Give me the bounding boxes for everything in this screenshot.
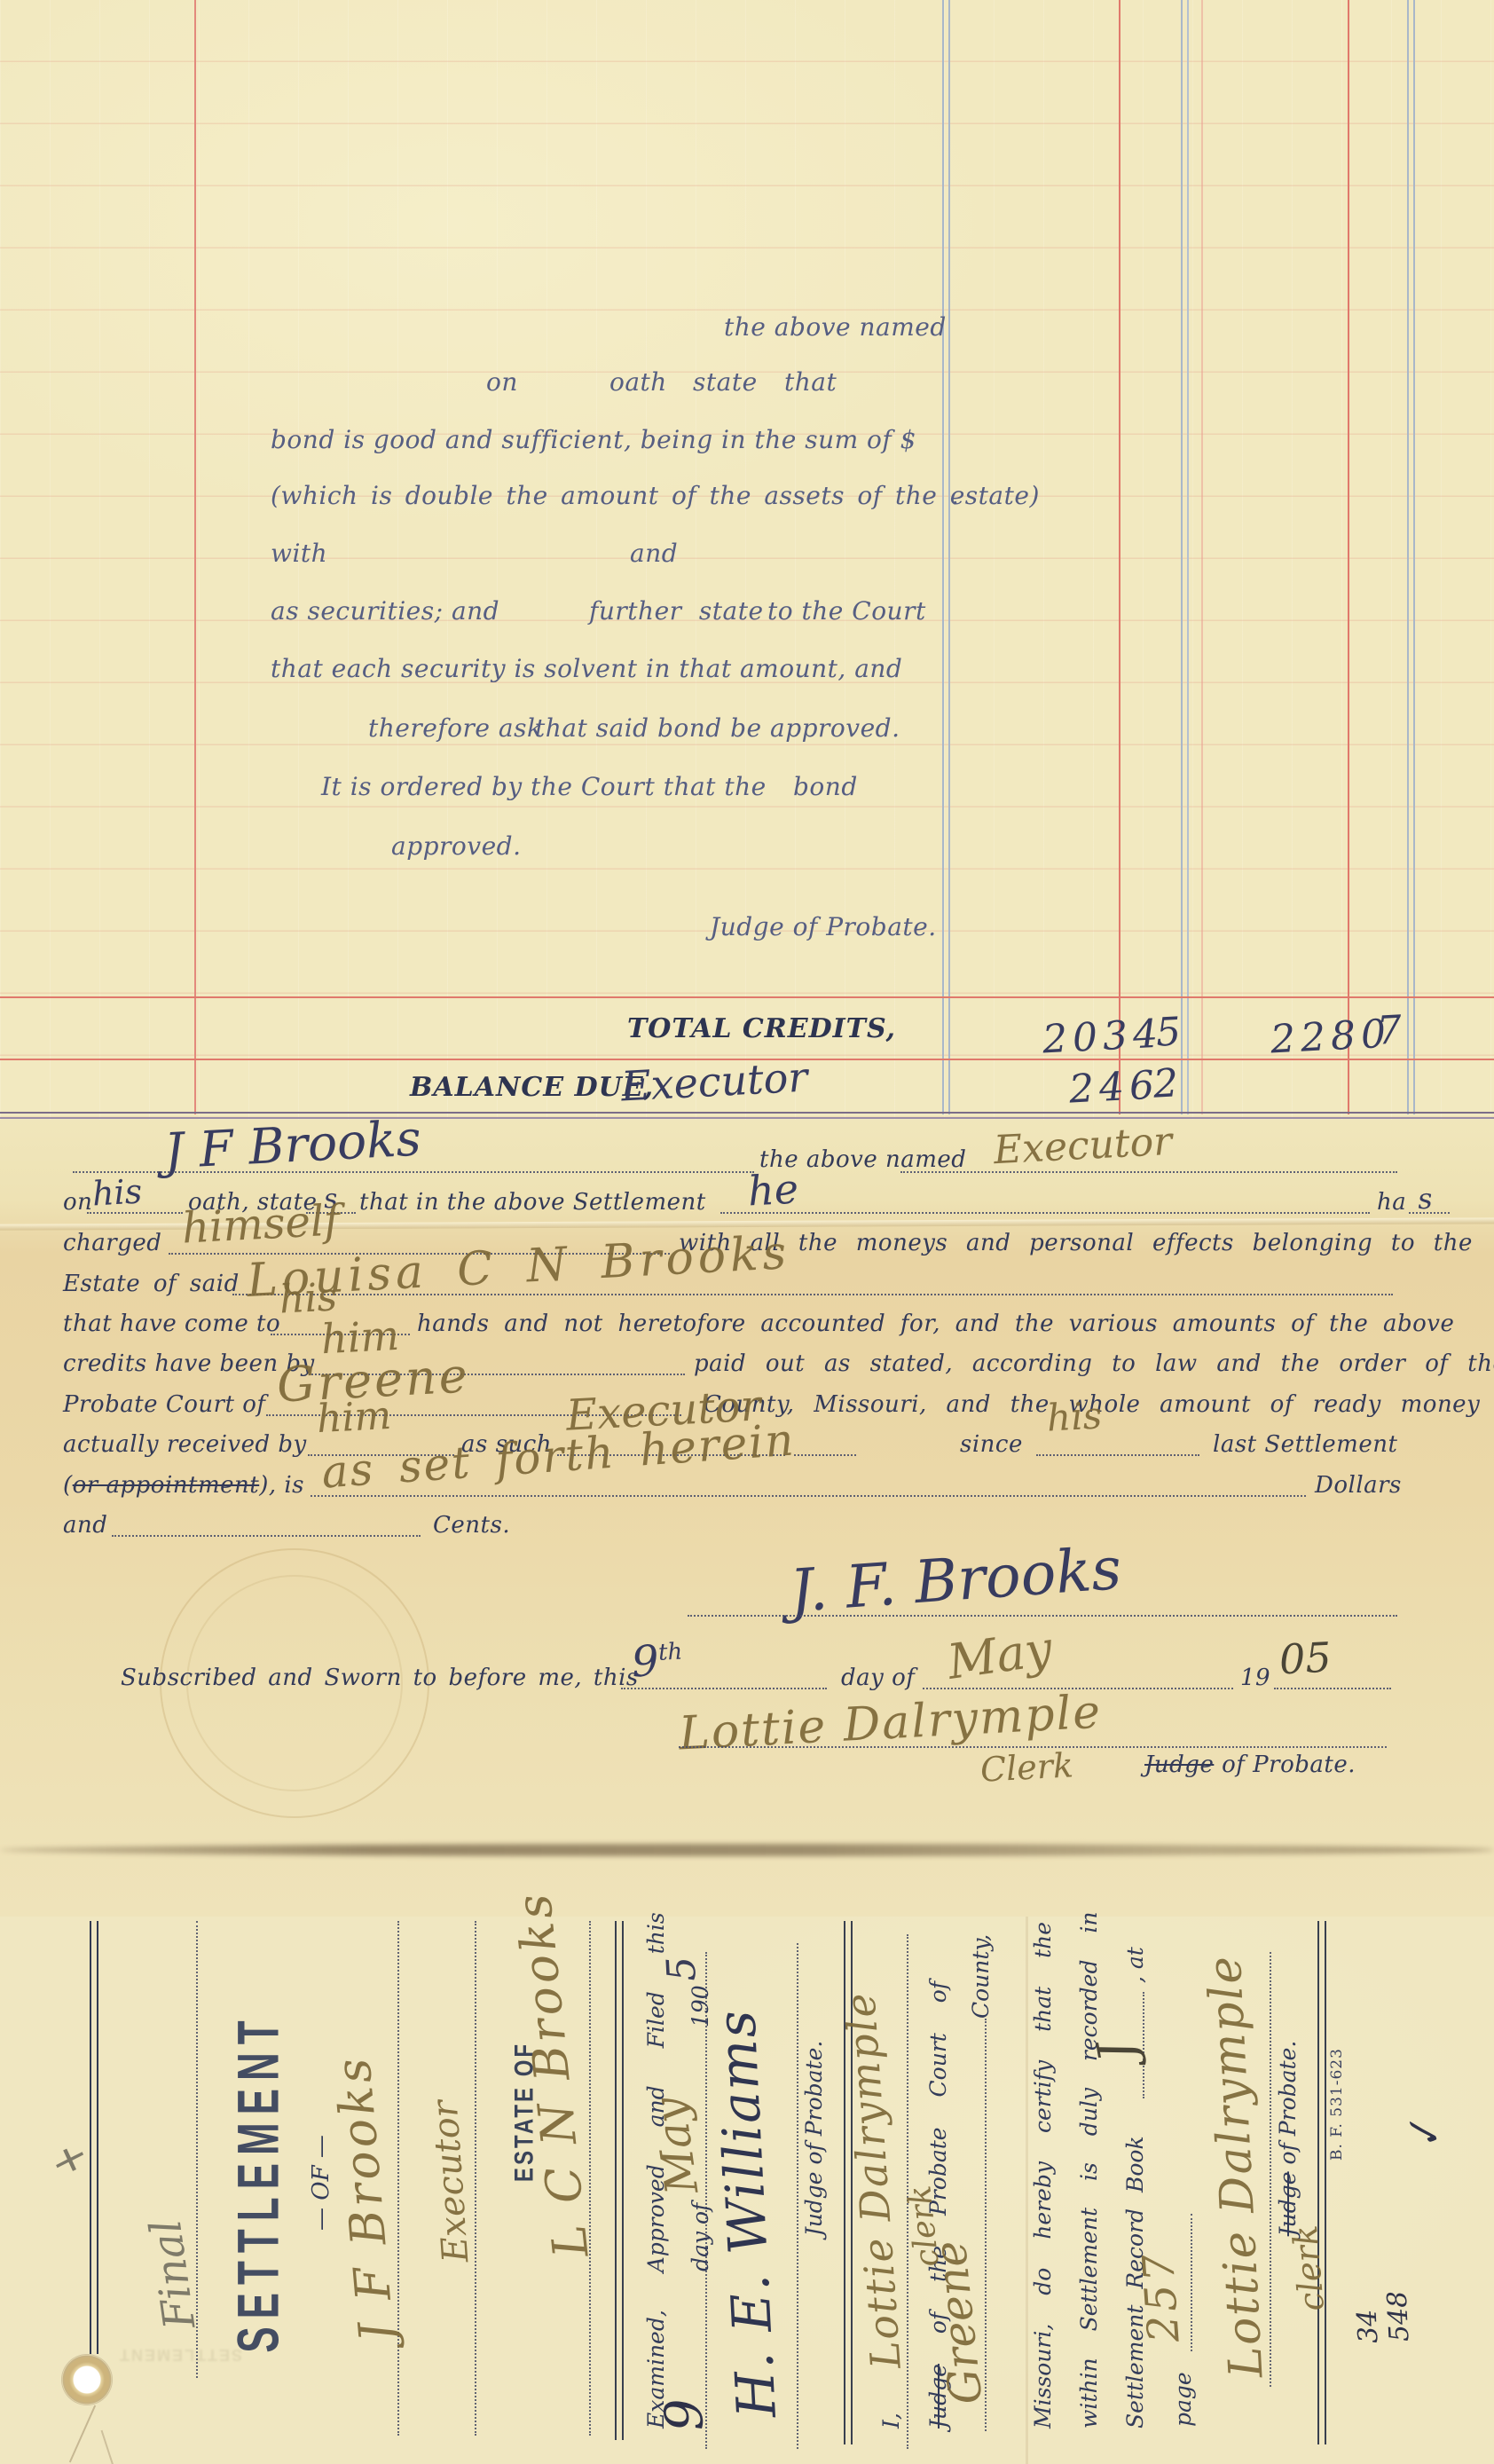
blank-line	[900, 1171, 1397, 1173]
red-row-rule	[0, 996, 1494, 998]
total-credits-amount-dollars-1: 2034	[1042, 1011, 1164, 1062]
cover-cert-line3: Missouri, do hereby certify that the	[1030, 1922, 1056, 2429]
blue-column-rule	[1187, 0, 1189, 1114]
blue-column-rule	[1407, 0, 1409, 1114]
bond-text-on: on	[486, 367, 518, 397]
bond-text-securities: as securities; and	[271, 596, 499, 626]
aff-charged: charged	[63, 1230, 161, 1256]
aff-year-prefix: 19	[1240, 1665, 1270, 1691]
struck-judge: Judge	[1144, 1752, 1214, 1778]
bond-text-ordered: It is ordered by the Court that the	[321, 772, 767, 801]
cover-title: SETTLEMENT	[226, 1921, 293, 2444]
hw-judge-signature: H. E. Williams	[705, 2007, 789, 2419]
hw-role: Executor	[993, 1119, 1174, 1173]
blue-column-rule	[1413, 0, 1415, 1114]
hw-clerk-note: clerk	[1286, 2224, 1332, 2313]
cover-at: , at	[1122, 1947, 1148, 1983]
bond-judge-of-probate: Judge of Probate.	[710, 912, 937, 941]
is-rest: ), is	[259, 1472, 304, 1499]
blank-line	[311, 1495, 1306, 1497]
bond-text-state: state	[693, 367, 758, 397]
purple-bottom-rule	[0, 1117, 1494, 1119]
cover-cert-line4: within Settlement is duly recorded in	[1076, 1911, 1102, 2429]
aff-sworn: Subscribed and Sworn to before me, this	[121, 1665, 639, 1691]
file-number-2: 548	[1382, 2290, 1415, 2342]
bond-text-solvent: that each security is solvent in that am…	[271, 654, 902, 683]
aff-that-settlement: that in the above Settlement	[359, 1189, 706, 1216]
aff-last-settlement: last Settlement	[1213, 1431, 1397, 1458]
hw-himself: himself	[181, 1195, 342, 1253]
bond-text-approved-req: that said bond be approved.	[535, 713, 900, 743]
hole-punch-ring	[61, 2354, 113, 2405]
cover-rotated-text: Final SETTLEMENT — OF — J F Brooks Execu…	[75, 1921, 1433, 2444]
aff-with-all: with all the moneys and personal effects…	[679, 1230, 1473, 1256]
signature-line	[688, 1615, 1397, 1617]
hw-day-number: 9	[631, 1636, 660, 1688]
bond-text-with: with	[271, 539, 327, 568]
aff-hands: hands and not heretofore accounted for, …	[417, 1311, 1454, 1337]
hw-cover-name: J F Brooks	[325, 2052, 405, 2344]
cover-form-number: B. F. 531-623	[1328, 2048, 1346, 2161]
balance-due-role: Executor	[620, 1053, 809, 1111]
aff-estate-of-said: Estate of said	[63, 1271, 240, 1297]
hw-page-number: 257	[1133, 2249, 1189, 2344]
total-credits-label: TOTAL CREDITS,	[612, 1013, 896, 1044]
aff-day-of: day of	[841, 1665, 915, 1691]
hw-file-numbers: 34548	[1352, 2290, 1416, 2344]
aff-ha: ha	[1377, 1189, 1406, 1216]
blank-line	[794, 1454, 856, 1456]
blank-line	[112, 1535, 421, 1537]
hw-cover-day: 9	[653, 2397, 715, 2432]
blank-line	[720, 1212, 1370, 1214]
hw-day: 9th	[631, 1635, 685, 1688]
bleedthrough-ghost-text: SETTLEMENT	[118, 2345, 242, 2364]
bond-text-above-named: the above named	[724, 312, 947, 342]
blue-column-rule	[948, 0, 950, 1114]
bond-text-period: .	[951, 481, 959, 510]
red-column-rule	[1119, 0, 1120, 1114]
red-margin-rule	[194, 0, 196, 1114]
purple-bottom-rule	[0, 1112, 1494, 1114]
hw-cover-role: Executor	[425, 2099, 477, 2264]
total-credits-amount-cents-1: 5	[1155, 1009, 1183, 1055]
bond-text-sum: bond is good and sufficient, being in th…	[271, 425, 916, 454]
aff-paid-out: paid out as stated, according to law and…	[694, 1350, 1494, 1377]
hw-cover-year: 5	[658, 1956, 704, 1983]
total-credits-amount-cents-2: 7	[1376, 1007, 1404, 1053]
of-probate-2: of Probate.	[1275, 2041, 1301, 2165]
bond-text-further: further state	[589, 596, 764, 626]
blank-line	[621, 1688, 827, 1689]
hw-s-2: s	[1417, 1182, 1433, 1216]
file-number-1: 34	[1352, 2292, 1385, 2344]
blue-column-rule	[1181, 0, 1183, 1114]
struck-or-appointment: or appointment	[73, 1472, 260, 1499]
fold-smudge	[0, 1844, 1494, 1856]
hw-he: he	[747, 1165, 800, 1216]
aff-judge-of-probate: Judge of Probate.	[1144, 1752, 1356, 1778]
of-probate: of Probate.	[1222, 1752, 1356, 1778]
aff-received-by: actually received by	[63, 1431, 307, 1458]
red-column-rule	[1348, 0, 1349, 1114]
hw-his-1: his	[91, 1172, 143, 1214]
bond-text-that: that	[784, 367, 837, 397]
bond-text-to-court: to the Court	[767, 596, 926, 626]
cover-page-label: page	[1170, 2372, 1196, 2427]
hw-day-suffix: th	[657, 1639, 683, 1666]
aff-and: and	[63, 1512, 107, 1539]
bond-text-oath: oath	[609, 367, 667, 397]
aff-come-to: that have come to	[63, 1311, 280, 1337]
total-credits-amount-dollars-2: 2280	[1270, 1011, 1392, 1062]
bond-text-double: (which is double the amount of the asset…	[271, 481, 1040, 510]
aff-since: since	[960, 1431, 1023, 1458]
cover-judge-label: Judge of Probate.	[801, 1992, 827, 2285]
bond-text-and: and	[630, 539, 678, 568]
scanned-document-page: the above named on oath state that bond …	[0, 0, 1494, 2464]
aff-dollars: Dollars	[1315, 1472, 1402, 1499]
hw-year: 05	[1278, 1633, 1333, 1684]
aff-cents: Cents.	[433, 1512, 510, 1539]
bond-text-bond: bond	[793, 772, 858, 801]
top-ledger-sheet: the above named on oath state that bond …	[0, 0, 1494, 1120]
aff-probate-court-of: Probate Court of	[63, 1391, 266, 1418]
balance-due-label: BALANCE DUE,	[410, 1072, 654, 1103]
bond-text-approved: approved.	[391, 831, 522, 861]
pink-column-rule	[1201, 0, 1203, 1114]
hw-notary-note: Clerk	[979, 1745, 1074, 1789]
hw-him-2: him	[316, 1393, 393, 1442]
blank-line	[1274, 1688, 1391, 1689]
hw-final: Final	[141, 2216, 206, 2332]
paren: (	[63, 1472, 73, 1499]
hw-cert-clerk-name: Lottie Dalrymple	[836, 1990, 910, 2370]
balance-due-amount-dollars: 246	[1068, 1062, 1161, 1112]
balance-due-amount-cents: 2	[1152, 1060, 1180, 1106]
blue-column-rule	[942, 0, 944, 1114]
cover-day-of: day of	[688, 2203, 713, 2271]
cover-of: — OF —	[308, 1921, 334, 2444]
hw-clerk-signature: Lottie Dalrymple	[1199, 1954, 1274, 2380]
aff-or-appointment: (or appointment), is	[63, 1472, 304, 1499]
blank-line	[1036, 1454, 1199, 1456]
cover-cert-i: I,	[878, 2413, 904, 2429]
hw-his-3: his	[1046, 1393, 1104, 1439]
cover-county-label: County,	[968, 1934, 994, 2019]
bond-text-therefore: therefore ask	[368, 713, 542, 743]
